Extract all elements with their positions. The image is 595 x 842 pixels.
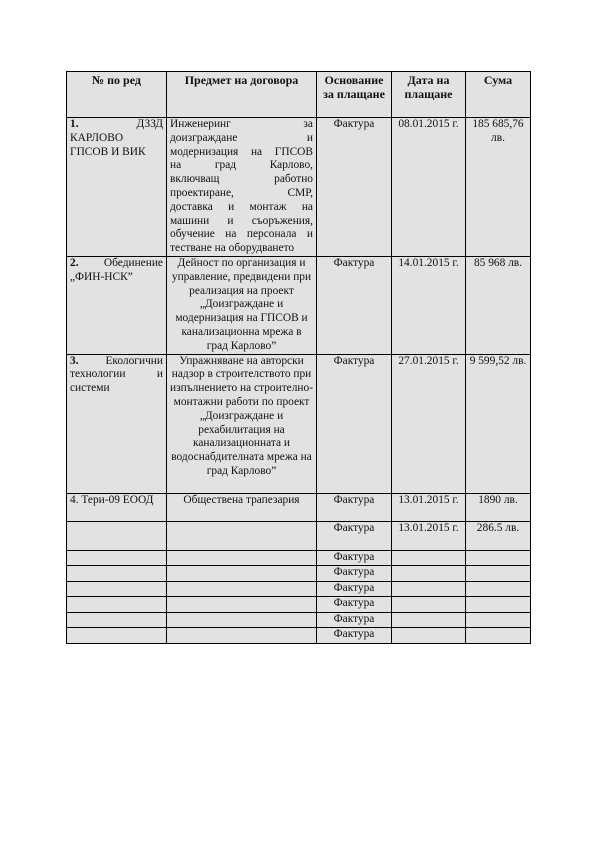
party-cell bbox=[67, 521, 167, 550]
amount-cell bbox=[466, 612, 531, 628]
subject-cell bbox=[167, 581, 317, 597]
party-cell bbox=[67, 550, 167, 566]
party-cell: 1. ДЗЗД КАРЛОВО ГПСОВ И ВИК bbox=[67, 118, 167, 257]
subject-cell bbox=[167, 566, 317, 582]
amount-cell bbox=[466, 628, 531, 644]
subject-line: Инженеринг за bbox=[170, 118, 313, 132]
subject-line: машини и съоръжения, bbox=[170, 215, 313, 229]
subject-cell: Обществена трапезария bbox=[167, 493, 317, 521]
amount-cell bbox=[466, 566, 531, 582]
party-cell: 3. Екологични технологии и системи bbox=[67, 354, 167, 493]
subject-cell bbox=[167, 550, 317, 566]
date-cell: 27.01.2015 г. bbox=[392, 354, 466, 493]
basis-cell: Фактура bbox=[317, 521, 392, 550]
basis-cell: Фактура bbox=[317, 628, 392, 644]
table-row: 4. Тери-09 ЕООД Обществена трапезария Фа… bbox=[67, 493, 531, 521]
table-row-empty: Фактура bbox=[67, 628, 531, 644]
amount-cell bbox=[466, 550, 531, 566]
table-row-empty: Фактура bbox=[67, 612, 531, 628]
date-cell bbox=[392, 581, 466, 597]
subject-line: доизграждане и bbox=[170, 132, 313, 146]
subject-line: тестване на оборудването bbox=[170, 242, 313, 256]
subject-cell: Упражняване на авторски надзор в строите… bbox=[167, 354, 317, 493]
basis-cell: Фактура bbox=[317, 354, 392, 493]
table-row-empty: Фактура bbox=[67, 581, 531, 597]
row-number: 3. bbox=[70, 355, 79, 367]
amount-cell: 9 599,52 лв. bbox=[466, 354, 531, 493]
row-number: 4. bbox=[70, 494, 79, 506]
table-row-empty: Фактура bbox=[67, 597, 531, 613]
basis-cell: Фактура bbox=[317, 550, 392, 566]
header-subject: Предмет на договора bbox=[167, 72, 317, 118]
amount-cell: 1890 лв. bbox=[466, 493, 531, 521]
party-name: ДЗЗД КАРЛОВО ГПСОВ И ВИК bbox=[70, 118, 163, 158]
date-cell: 13.01.2015 г. bbox=[392, 493, 466, 521]
subject-cell bbox=[167, 612, 317, 628]
date-cell: 14.01.2015 г. bbox=[392, 256, 466, 354]
table-row-empty: Фактура bbox=[67, 566, 531, 582]
party-cell: 2. Обединение „ФИН-НСК” bbox=[67, 256, 167, 354]
table-row: 3. Екологични технологии и системи Упраж… bbox=[67, 354, 531, 493]
row-number: 1. bbox=[70, 118, 79, 130]
party-name: Обединение „ФИН-НСК” bbox=[70, 257, 163, 283]
table-row: 1. ДЗЗД КАРЛОВО ГПСОВ И ВИК Инженеринг з… bbox=[67, 118, 531, 257]
header-num: № по ред bbox=[67, 72, 167, 118]
basis-cell: Фактура bbox=[317, 597, 392, 613]
table-header-row: № по ред Предмет на договора Основание з… bbox=[67, 72, 531, 118]
subject-cell: Дейност по организация и управление, пре… bbox=[167, 256, 317, 354]
subject-line: проектиране, СМР, bbox=[170, 187, 313, 201]
header-amount: Сума bbox=[466, 72, 531, 118]
payments-table: № по ред Предмет на договора Основание з… bbox=[66, 71, 531, 644]
subject-cell: Инженеринг задоизграждане имодернизация … bbox=[167, 118, 317, 257]
table-row-empty: Фактура bbox=[67, 550, 531, 566]
subject-line: включващ работно bbox=[170, 173, 313, 187]
subject-cell bbox=[167, 628, 317, 644]
date-cell bbox=[392, 550, 466, 566]
header-basis: Основание за плащане bbox=[317, 72, 392, 118]
basis-cell: Фактура bbox=[317, 566, 392, 582]
subject-line: доставка и монтаж на bbox=[170, 201, 313, 215]
amount-cell bbox=[466, 597, 531, 613]
party-cell bbox=[67, 566, 167, 582]
row-number: 2. bbox=[70, 257, 79, 269]
header-date: Дата на плащане bbox=[392, 72, 466, 118]
subject-line: обучение на персонала и bbox=[170, 228, 313, 242]
date-cell: 08.01.2015 г. bbox=[392, 118, 466, 257]
date-cell bbox=[392, 628, 466, 644]
basis-cell: Фактура bbox=[317, 256, 392, 354]
date-cell: 13.01.2015 г. bbox=[392, 521, 466, 550]
subject-cell bbox=[167, 597, 317, 613]
amount-cell: 185 685,76 лв. bbox=[466, 118, 531, 257]
amount-cell: 85 968 лв. bbox=[466, 256, 531, 354]
party-cell bbox=[67, 612, 167, 628]
table-row: 2. Обединение „ФИН-НСК” Дейност по орган… bbox=[67, 256, 531, 354]
subject-line: на град Карлово, bbox=[170, 159, 313, 173]
amount-cell: 286.5 лв. bbox=[466, 521, 531, 550]
amount-cell bbox=[466, 581, 531, 597]
basis-cell: Фактура bbox=[317, 118, 392, 257]
basis-cell: Фактура bbox=[317, 612, 392, 628]
date-cell bbox=[392, 597, 466, 613]
party-name: Тери-09 ЕООД bbox=[81, 494, 153, 506]
party-cell: 4. Тери-09 ЕООД bbox=[67, 493, 167, 521]
basis-cell: Фактура bbox=[317, 581, 392, 597]
party-name: Екологични технологии и системи bbox=[70, 355, 163, 395]
subject-line: модернизация на ГПСОВ bbox=[170, 146, 313, 160]
date-cell bbox=[392, 612, 466, 628]
date-cell bbox=[392, 566, 466, 582]
table-row: Фактура 13.01.2015 г. 286.5 лв. bbox=[67, 521, 531, 550]
basis-cell: Фактура bbox=[317, 493, 392, 521]
party-cell bbox=[67, 628, 167, 644]
party-cell bbox=[67, 581, 167, 597]
document-page: № по ред Предмет на договора Основание з… bbox=[0, 0, 595, 842]
subject-cell bbox=[167, 521, 317, 550]
party-cell bbox=[67, 597, 167, 613]
